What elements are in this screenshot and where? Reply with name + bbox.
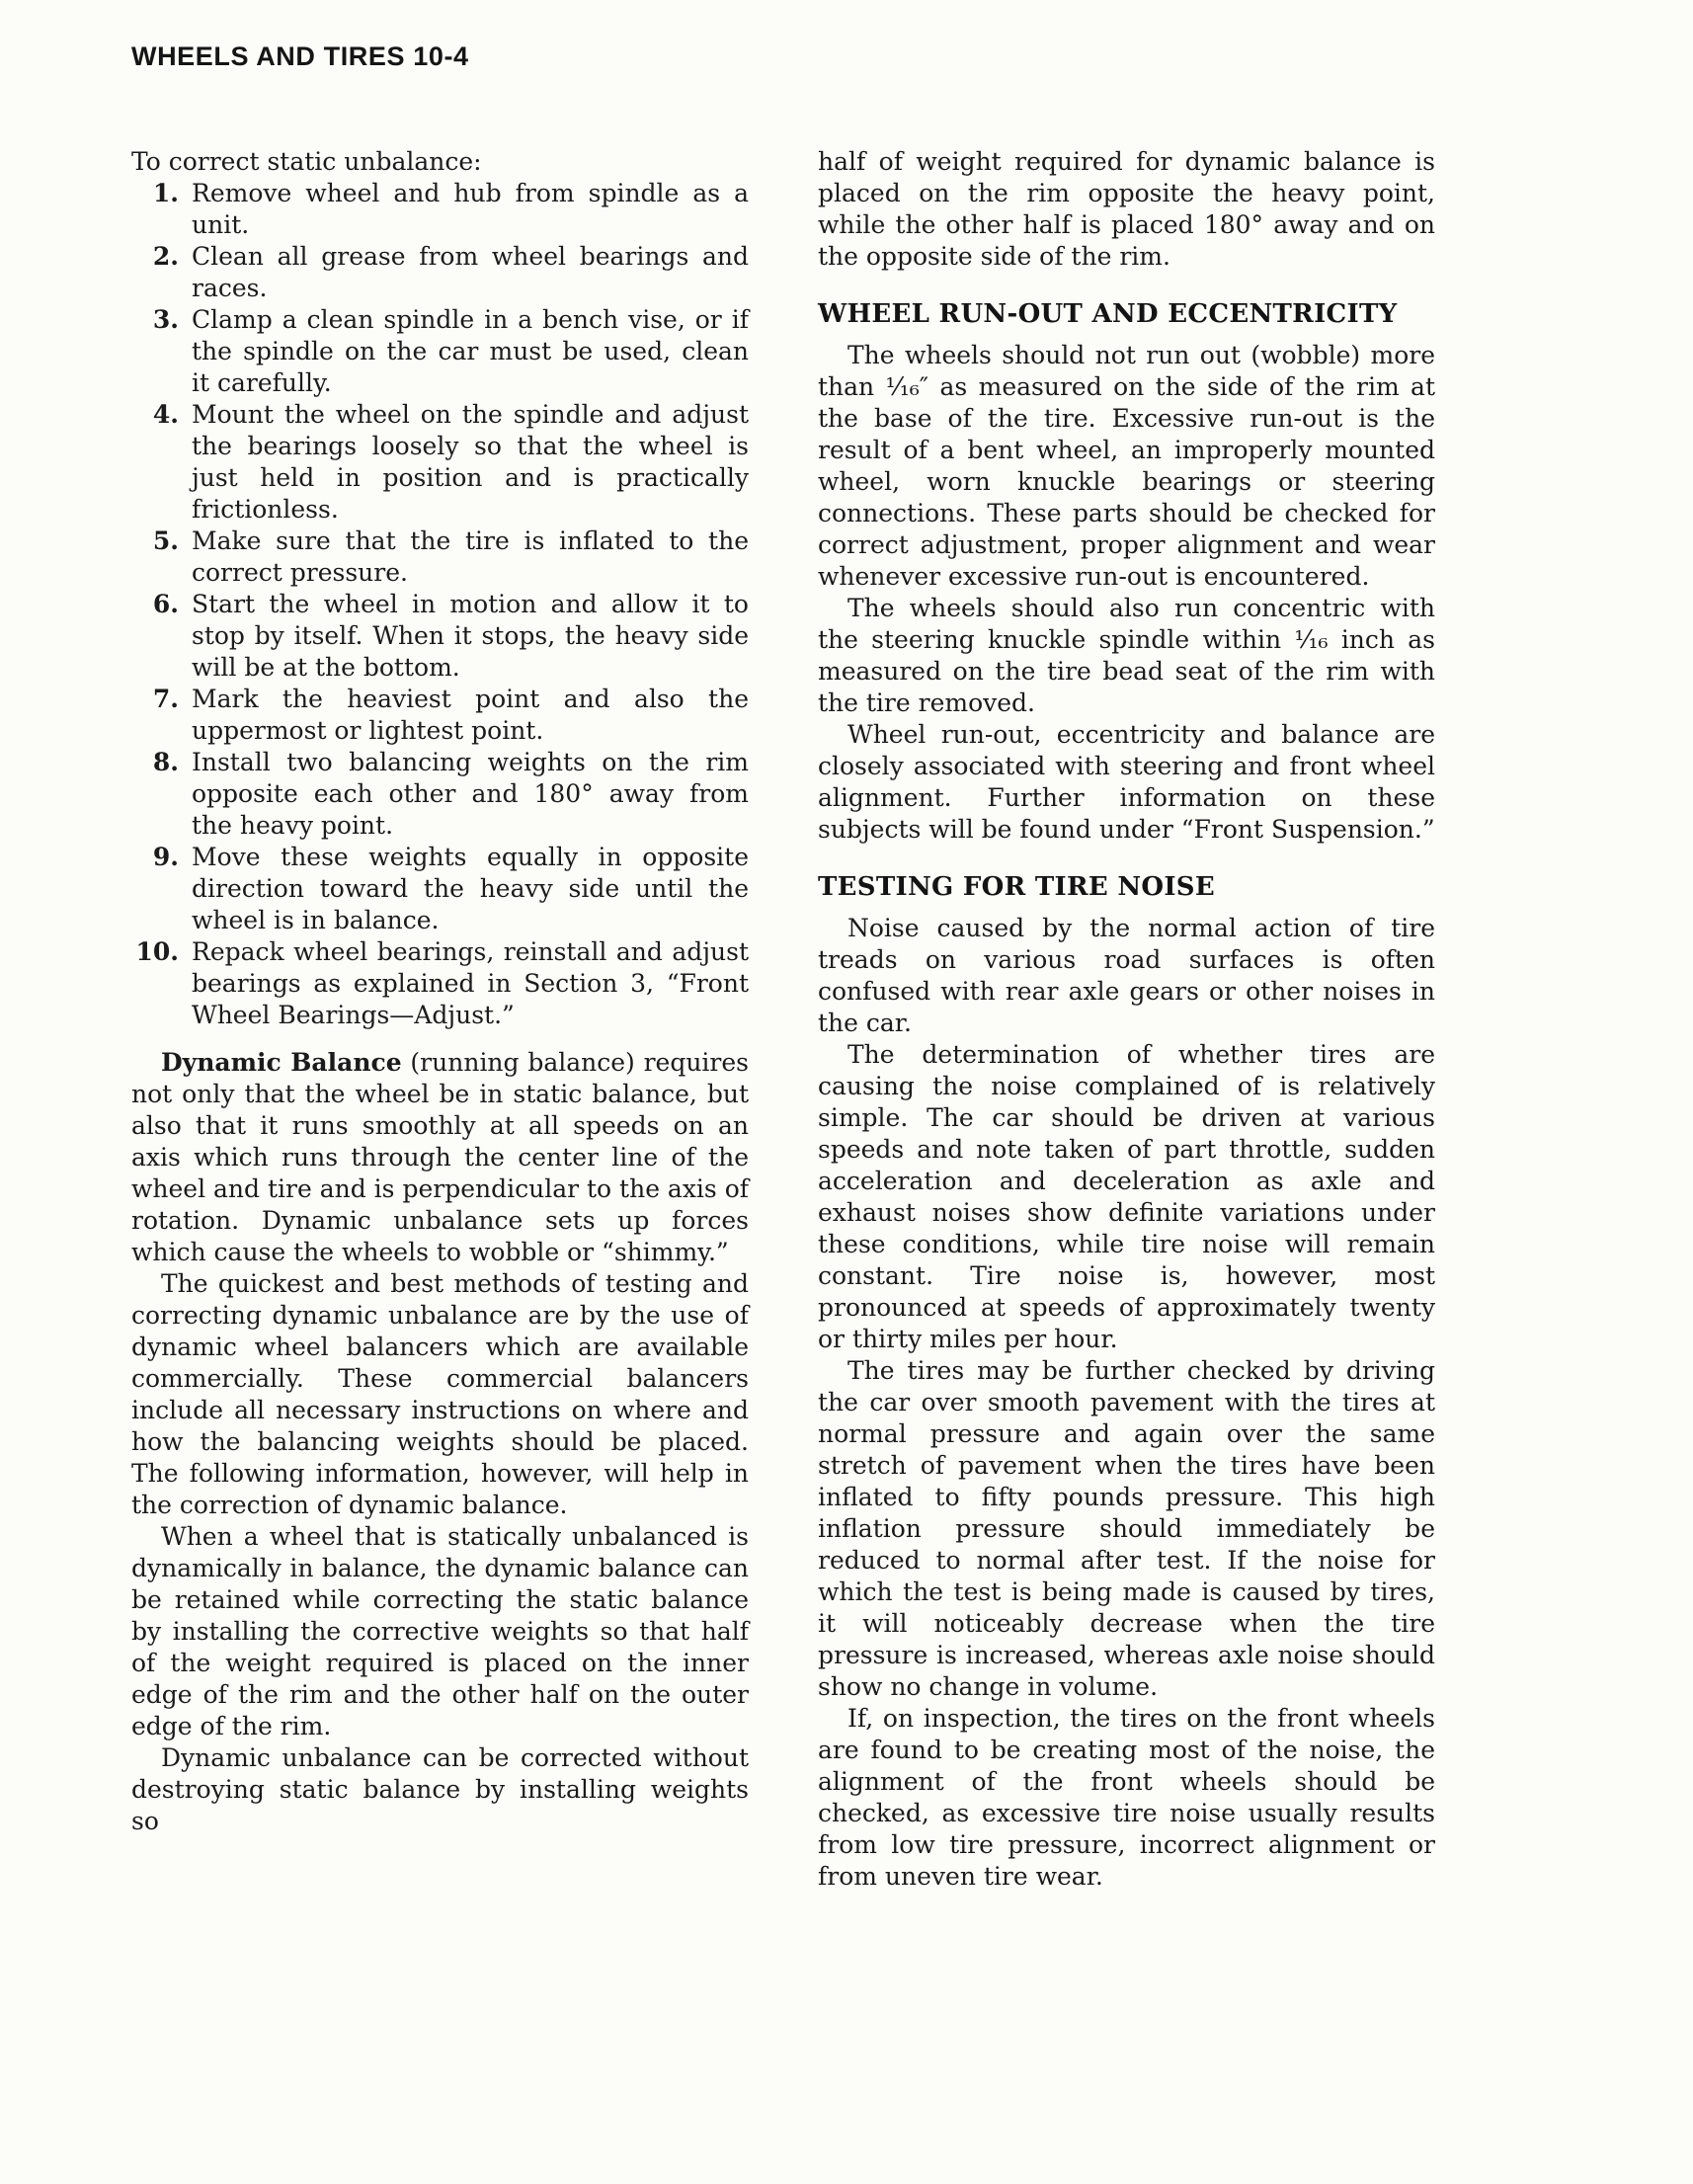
list-item-number: 1. bbox=[131, 178, 192, 241]
right-column: half of weight required for dynamic bala… bbox=[818, 146, 1435, 1893]
paragraph-dynamic-balance: Dynamic Balance (running balance) requir… bbox=[131, 1047, 749, 1268]
manual-page: WHEELS AND TIRES 10-4 To correct static … bbox=[0, 0, 1693, 2184]
list-item: 3. Clamp a clean spindle in a bench vise… bbox=[131, 304, 749, 399]
paragraph: Noise caused by the normal action of tir… bbox=[818, 913, 1435, 1039]
list-item-text: Clean all grease from wheel bearings and… bbox=[192, 241, 749, 304]
list-item: 10. Repack wheel bearings, reinstall and… bbox=[131, 936, 749, 1031]
list-item-text: Start the wheel in motion and allow it t… bbox=[192, 589, 749, 684]
list-item: 1. Remove wheel and hub from spindle as … bbox=[131, 178, 749, 241]
bold-lead-dynamic-balance: Dynamic Balance bbox=[161, 1048, 402, 1077]
list-item-text: Clamp a clean spindle in a bench vise, o… bbox=[192, 304, 749, 399]
list-item-text: Install two balancing weights on the rim… bbox=[192, 747, 749, 842]
list-item-text: Remove wheel and hub from spindle as a u… bbox=[192, 178, 749, 241]
list-item-number: 4. bbox=[131, 399, 192, 526]
paragraph: Dynamic unbalance can be corrected witho… bbox=[131, 1742, 749, 1837]
paragraph: When a wheel that is statically unbalanc… bbox=[131, 1521, 749, 1742]
list-item-text: Mount the wheel on the spindle and adjus… bbox=[192, 399, 749, 526]
list-item-text: Make sure that the tire is inflated to t… bbox=[192, 526, 749, 589]
list-item: 2. Clean all grease from wheel bearings … bbox=[131, 241, 749, 304]
paragraph: The determination of whether tires are c… bbox=[818, 1039, 1435, 1355]
paragraph: The tires may be further checked by driv… bbox=[818, 1355, 1435, 1703]
list-item: 8. Install two balancing weights on the … bbox=[131, 747, 749, 842]
paragraph: Wheel run-out, eccentricity and balance … bbox=[818, 719, 1435, 846]
two-column-text-block: To correct static unbalance: 1. Remove w… bbox=[131, 146, 1435, 1893]
list-item: 7. Mark the heaviest point and also the … bbox=[131, 684, 749, 747]
list-item: 4. Mount the wheel on the spindle and ad… bbox=[131, 399, 749, 526]
list-item: 5. Make sure that the tire is inflated t… bbox=[131, 526, 749, 589]
paragraph: The wheels should also run concentric wi… bbox=[818, 593, 1435, 719]
page-header-title: WHEELS AND TIRES 10-4 bbox=[131, 41, 469, 72]
list-item-number: 5. bbox=[131, 526, 192, 589]
list-item: 9. Move these weights equally in opposit… bbox=[131, 842, 749, 936]
list-item-number: 8. bbox=[131, 747, 192, 842]
intro-line: To correct static unbalance: bbox=[131, 146, 749, 178]
paragraph: If, on inspection, the tires on the fron… bbox=[818, 1703, 1435, 1893]
list-item-number: 3. bbox=[131, 304, 192, 399]
list-item: 6. Start the wheel in motion and allow i… bbox=[131, 589, 749, 684]
list-item-text: Move these weights equally in opposite d… bbox=[192, 842, 749, 936]
list-item-number: 10. bbox=[131, 936, 192, 1031]
list-item-number: 9. bbox=[131, 842, 192, 936]
list-item-number: 6. bbox=[131, 589, 192, 684]
list-item-text: Mark the heaviest point and also the upp… bbox=[192, 684, 749, 747]
section-heading-testing-tire-noise: TESTING FOR TIRE NOISE bbox=[818, 871, 1435, 903]
paragraph: The wheels should not run out (wobble) m… bbox=[818, 340, 1435, 593]
paragraph: The quickest and best methods of testing… bbox=[131, 1268, 749, 1521]
section-heading-wheel-runout: WHEEL RUN-OUT AND ECCENTRICITY bbox=[818, 298, 1435, 330]
list-item-number: 2. bbox=[131, 241, 192, 304]
list-item-number: 7. bbox=[131, 684, 192, 747]
paragraph-text: (running balance) requires not only that… bbox=[131, 1048, 749, 1266]
continuation-paragraph: half of weight required for dynamic bala… bbox=[818, 146, 1435, 273]
left-column: To correct static unbalance: 1. Remove w… bbox=[131, 146, 749, 1893]
list-item-text: Repack wheel bearings, reinstall and adj… bbox=[192, 936, 749, 1031]
